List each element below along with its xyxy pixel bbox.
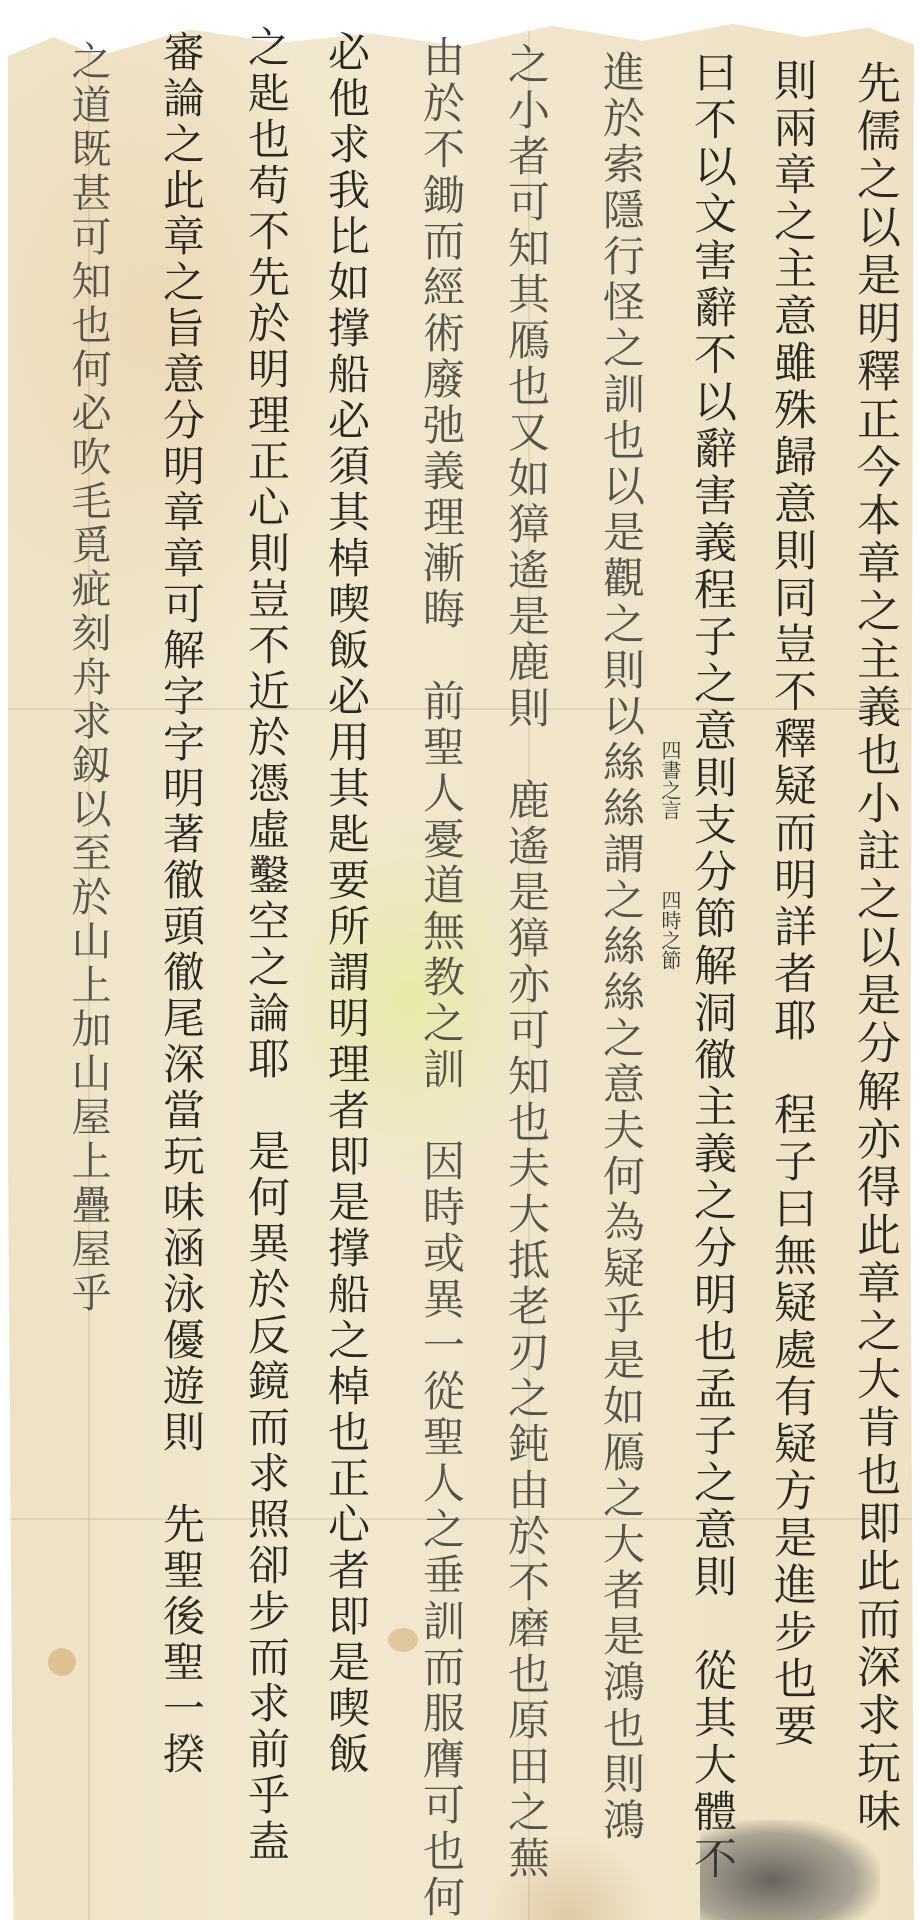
text-column-1: 先儒之以是明釋正今本章之主義也小註之以是分解亦得此章之大肯也即此而深求玩味 [852,60,896,1836]
text-column-3: 曰不以文害辭不以辭害義程子之意則支分節解洞徹主義之分明也孟子之意則 從其大體不 [690,50,733,1883]
water-stain [388,1628,418,1652]
water-stain [48,1648,76,1676]
text-column-7: 必他求我比如撑船必須其棹喫飯必用其匙要所謂明理者即是撑船之棹也正心者即是喫飯 [325,30,367,1778]
text-column-8: 之匙也苟不先於明理正心則豈不近於憑虛鑿空之論耶 是何異於反鏡而求照卻步而求前乎盍 [245,25,287,1865]
interlinear-note: 四書之言 [660,740,680,820]
text-column-2: 則兩章之主意雖殊歸意則同豈不釋疑而明詳者耶 程子曰無疑處有疑方是進步也要 [770,58,813,1750]
text-column-6: 由於不鋤而經術廢弛義理漸晦 前聖人憂道無教之訓 因時或異一從聖人之垂訓而服膺可也… [420,35,462,1920]
text-column-9: 審論之此章之旨意分明章章可解字字明著徹頭徹尾深當玩味涵泳優遊則 先聖後聖一揆 [160,30,202,1778]
text-column-4: 進於索隱行怪之訓也以是觀之則以絲絲謂之絲絲之意夫何為疑乎是如鴈之大者是鴻也則鴻 [600,50,642,1844]
text-column-5: 之小者可知其鴈也又如獐遙是鹿則 鹿遙是獐亦可知也夫大抵老刃之鈍由於不磨也原田之蕪 [505,42,547,1882]
interlinear-note: 四時之節 [660,890,680,970]
text-column-10: 之道既甚可知也何必吹毛覓疵刻舟求釼以至於山上加山屋上疊屋乎 [68,40,108,1316]
ink-blot [700,1820,880,1920]
